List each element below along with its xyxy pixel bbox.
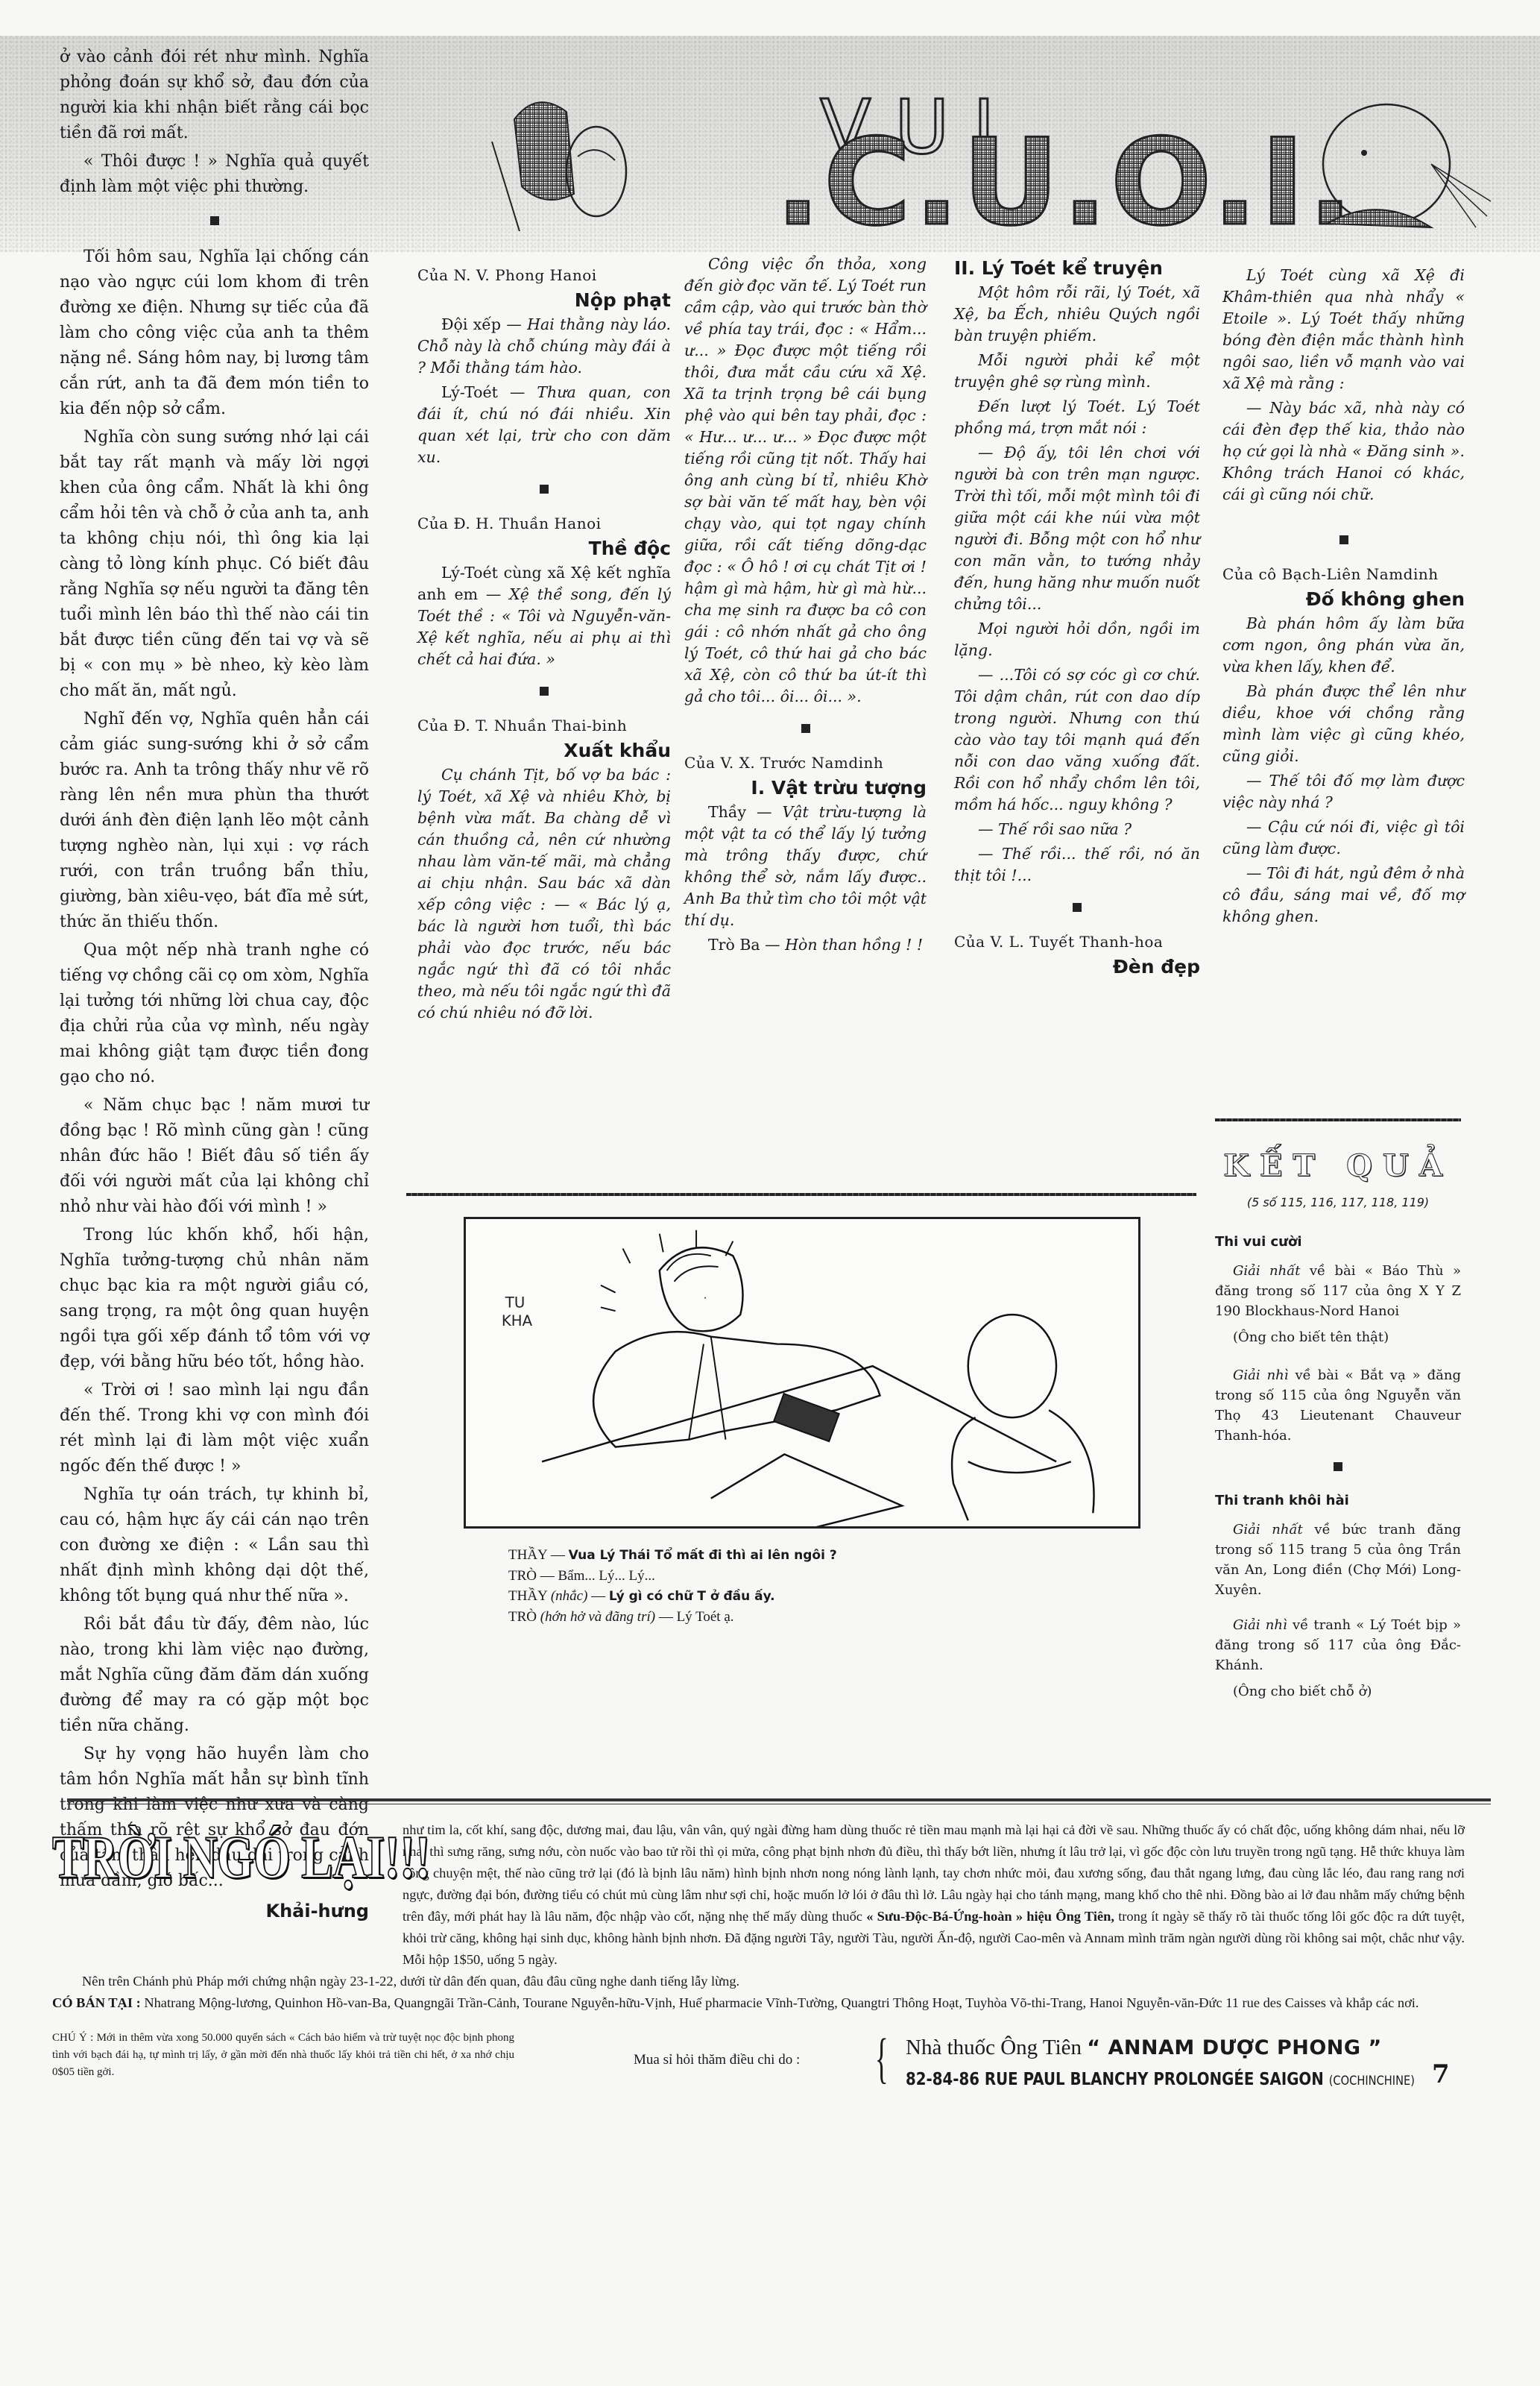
stage-note: (nhắc) — [551, 1588, 588, 1604]
section-separator — [210, 216, 219, 225]
cartoon-drawing: TU KHA . — [464, 1217, 1140, 1529]
product-name: « Sưu-Độc-Bá-Ứng-hoàn » hiệu Ông Tiên, — [866, 1909, 1114, 1924]
jokes-column-2: Của N. V. Phong Hanoi Nộp phạt Đội xếp —… — [417, 257, 671, 1027]
speaker: THẦY — [508, 1588, 547, 1604]
joke-title: Đèn đẹp — [954, 956, 1200, 978]
story-paragraph: « Năm chục bạc ! năm mươi tư đồng bạc ! … — [60, 1093, 369, 1220]
cartoon: TU KHA . THẦY — Vua Lý Thái Tổ mất đi th… — [464, 1217, 1142, 1825]
caption-line: TRÒ — Bẩm... Lý... Lý... — [508, 1566, 837, 1586]
joke-paragraph: — Độ ấy, tôi lên chơi với người bà con t… — [954, 442, 1200, 615]
ad-inquiry: Mua sỉ hỏi thăm điều chi do : — [634, 2052, 800, 2068]
prize-label: Giải nhất — [1233, 1522, 1303, 1537]
result-entry: Giải nhất về bức tranh đăng trong số 115… — [1215, 1520, 1461, 1600]
joke-paragraph: Mỗi người phải kể một truyện ghê sợ rùng… — [954, 350, 1200, 393]
speaker: TRÒ — [508, 1568, 537, 1584]
svg-text:.: . — [704, 1289, 707, 1301]
ad-headline: TRỜI NGÓ LẠI!!! — [52, 1822, 430, 1892]
joke-paragraph: Lý-Toét cùng xã Xệ kết nghĩa anh em — Xệ… — [417, 562, 671, 670]
prize-label: Giải nhất — [1233, 1263, 1300, 1279]
story-paragraph: Nghĩa còn sung sướng nhớ lại cái bắt tay… — [60, 425, 369, 704]
joke-paragraph: — Thế rồi... thế rồi, nó ăn thịt tôi !..… — [954, 843, 1200, 887]
ad-note: CHÚ Ý : Mới in thêm vừa xong 50.000 quyể… — [52, 2030, 514, 2081]
page-number: 7 — [1432, 2059, 1450, 2089]
svg-text:TU: TU — [505, 1294, 525, 1311]
joke-paragraph: — Thế tôi đố mợ làm được việc này nhá ? — [1222, 770, 1465, 813]
dialogue: Lý gì có chữ T ở đầu ấy. — [609, 1589, 775, 1604]
jokes-column-3: Công việc ổn thỏa, xong đến giờ đọc văn … — [684, 254, 927, 959]
dialogue: Bẩm... Lý... Lý... — [558, 1568, 655, 1584]
result-note: (Ông cho biết chỗ ở) — [1215, 1681, 1461, 1702]
ad-certification: Nên trên Chánh phủ Pháp mới chứng nhận n… — [52, 1971, 1465, 1992]
joke-title: II. Lý Toét kể truyện — [954, 257, 1200, 279]
joke-title: I. Vật trừu tượng — [684, 777, 927, 799]
speaker: Lý-Toét — — [441, 383, 525, 401]
advertisement-top-rule — [67, 1798, 1491, 1804]
brace-icon: { — [875, 2031, 889, 2086]
speaker: THẦY — [508, 1547, 547, 1563]
joke-paragraph: — Thế rồi sao nữa ? — [954, 819, 1200, 840]
byline: Của N. V. Phong Hanoi — [417, 265, 671, 286]
joke-paragraph: Bà phán hôm ấy làm bữa cơm ngon, ông phá… — [1222, 613, 1465, 678]
horizontal-rule — [1215, 1118, 1461, 1121]
joke-paragraph: Mọi người hỏi dồn, ngồi im lặng. — [954, 618, 1200, 661]
section-separator — [801, 724, 810, 733]
prize-label: Giải nhì — [1233, 1617, 1287, 1633]
result-entry: Giải nhì về bài « Bắt vạ » đăng trong số… — [1215, 1365, 1461, 1446]
byline: Của V. L. Tuyết Thanh-hoa — [954, 931, 1200, 953]
speaker: Đội xếp — — [441, 315, 522, 333]
joke-paragraph: Lý-Toét — Thưa quan, con đái ít, chú nó … — [417, 382, 671, 468]
speaker: Thầy — — [708, 803, 772, 821]
joke-paragraph: Lý Toét cùng xã Xệ đi Khâm-thiên qua nhà… — [1222, 265, 1465, 394]
joke-title: Đố không ghen — [1222, 588, 1465, 610]
dialogue: Lý Toét ạ. — [677, 1609, 734, 1625]
section-separator — [1339, 535, 1348, 544]
jokes-column-5: Lý Toét cùng xã Xệ đi Khâm-thiên qua nhà… — [1222, 265, 1465, 931]
joke-paragraph: Thầy — Vật trừu-tượng là một vật ta có t… — [684, 802, 927, 931]
byline: Của Đ. H. Thuần Hanoi — [417, 513, 671, 535]
story-paragraph: Qua một nếp nhà tranh nghe có tiếng vợ c… — [60, 938, 369, 1090]
joke-paragraph: Đội xếp — Hai thằng này láo. Chỗ này là … — [417, 314, 671, 379]
joke-paragraph: Công việc ổn thỏa, xong đến giờ đọc văn … — [684, 254, 927, 708]
horizontal-rule — [406, 1193, 1196, 1196]
teacher-student-cartoon-icon: TU KHA . — [466, 1219, 1138, 1526]
caption-line: TRÒ (hớn hở và đãng trí) — Lý Toét ạ. — [508, 1607, 837, 1627]
speaker: TRÒ — [508, 1609, 537, 1625]
svg-text:KHA: KHA — [502, 1312, 533, 1329]
joke-paragraph: Trò Ba — Hòn than hồng ! ! — [684, 934, 927, 956]
svg-text:.C.U.O.I.: .C.U.O.I. — [775, 113, 1356, 231]
joke-paragraph: — Này bác xã, nhà này có cái đèn đẹp thế… — [1222, 397, 1465, 506]
results-section-heading: Thi tranh khôi hài — [1215, 1491, 1461, 1511]
results-title: KẾT QUẢ — [1215, 1156, 1461, 1176]
jokes-column-4: II. Lý Toét kể truyện Một hôm rỗi rãi, l… — [954, 257, 1200, 980]
joke-title: Thề độc — [417, 538, 671, 559]
vui-cuoi-banner: V U I .C.U.O.I. — [447, 67, 1513, 231]
story-column: ở vào cảnh đói rét như mình. Nghĩa phỏng… — [60, 45, 369, 1924]
ad-brand: Nhà thuốc Ông Tiên “ ANNAM DƯỢC PHONG ” — [906, 2036, 1382, 2060]
joke-paragraph: — Tôi đi hát, ngủ đêm ở nhà cô đầu, sáng… — [1222, 863, 1465, 928]
result-note: (Ông cho biết tên thật) — [1215, 1327, 1461, 1347]
joke-paragraph: — Cậu cứ nói đi, việc gì tôi cũng làm đư… — [1222, 816, 1465, 860]
contest-results: KẾT QUẢ (5 số 115, 116, 117, 118, 119) T… — [1215, 1126, 1461, 1719]
caption-line: THẦY — Vua Lý Thái Tổ mất đi thì ai lên … — [508, 1545, 837, 1566]
story-paragraph: ở vào cảnh đói rét như mình. Nghĩa phỏng… — [60, 45, 369, 146]
byline: Của cô Bạch-Liên Namdinh — [1222, 564, 1465, 585]
joke-paragraph: Đến lượt lý Toét. Lý Toét phồng má, trợn… — [954, 396, 1200, 439]
story-paragraph: Nghĩ đến vợ, Nghĩa quên hẳn cái cảm giác… — [60, 707, 369, 935]
story-paragraph: « Trời ơi ! sao mình lại ngu đần đến thế… — [60, 1378, 369, 1479]
brand-name: “ ANNAM DƯỢC PHONG ” — [1087, 2036, 1381, 2059]
story-paragraph: Nghĩa tự oán trách, tự khinh bỉ, cau có,… — [60, 1482, 369, 1609]
joke-paragraph: — ...Tôi có sợ cóc gì cơ chứ. Tôi dậm ch… — [954, 664, 1200, 816]
byline: Của Đ. T. Nhuần Thai-binh — [417, 715, 671, 737]
joke-title: Xuất khẩu — [417, 740, 671, 761]
results-subtitle: (5 số 115, 116, 117, 118, 119) — [1215, 1192, 1461, 1212]
result-entry: Giải nhì về tranh « Lý Toét bịp » đăng t… — [1215, 1615, 1461, 1675]
section-separator — [1334, 1462, 1342, 1471]
joke-title: Nộp phạt — [417, 289, 671, 311]
ad-sellers: CÓ BÁN TẠI : Nhatrang Mộng-lương, Quinho… — [52, 1992, 1465, 2014]
byline: Của V. X. Trước Namdinh — [684, 752, 927, 774]
story-paragraph: Rồi bắt đầu từ đấy, đêm nào, lúc nào, tr… — [60, 1612, 369, 1739]
story-paragraph: Tối hôm sau, Nghĩa lại chống cán nạo vào… — [60, 245, 369, 422]
section-separator — [540, 687, 549, 696]
dialogue: Vật trừu-tượng là một vật ta có thể lấy … — [684, 803, 927, 929]
dialogue: Hòn than hồng ! ! — [785, 936, 923, 954]
section-separator — [1073, 903, 1082, 912]
banner-illustration-icon: V U I .C.U.O.I. — [447, 67, 1513, 231]
story-paragraph: « Thôi được ! » Nghĩa quả quyết định làm… — [60, 149, 369, 200]
results-section-heading: Thi vui cười — [1215, 1232, 1461, 1252]
story-paragraph: Trong lúc khốn khổ, hối hận, Nghĩa tưởng… — [60, 1223, 369, 1375]
speaker: Trò Ba — — [708, 936, 780, 954]
joke-paragraph: Một hôm rỗi rãi, lý Toét, xã Xệ, ba Ếch,… — [954, 282, 1200, 347]
joke-paragraph: Cụ chánh Tịt, bố vợ ba bác : lý Toét, xã… — [417, 764, 671, 1024]
section-separator — [540, 485, 549, 494]
medicine-advertisement: như tim la, cốt khí, sang độc, dương mai… — [52, 1819, 1468, 2132]
result-entry: Giải nhất về bài « Báo Thù » đăng trong … — [1215, 1261, 1461, 1321]
joke-paragraph: Bà phán được thể lên như diều, khoe với … — [1222, 681, 1465, 767]
cartoon-caption: THẦY — Vua Lý Thái Tổ mất đi thì ai lên … — [508, 1545, 837, 1627]
ad-address: 82-84-86 RUE PAUL BLANCHY PROLONGÉE SAIG… — [906, 2070, 1415, 2089]
caption-line: THẦY (nhắc) — Lý gì có chữ T ở đầu ấy. — [508, 1586, 837, 1607]
prize-label: Giải nhì — [1233, 1367, 1289, 1383]
dialogue: Vua Lý Thái Tổ mất đi thì ai lên ngôi ? — [569, 1548, 837, 1563]
stage-note: (hớn hở và đãng trí) — [540, 1609, 655, 1625]
